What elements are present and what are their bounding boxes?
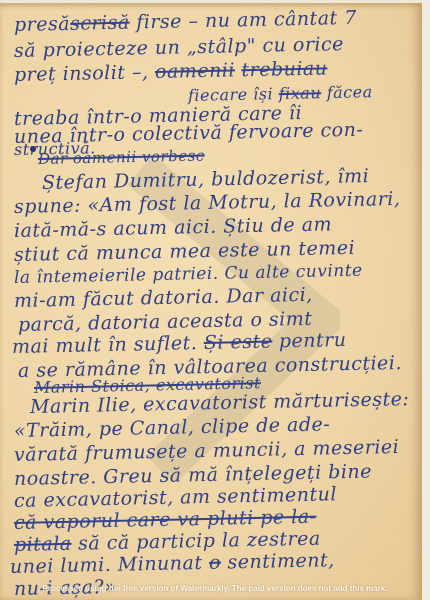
- struck-text: oamenii: [155, 59, 235, 83]
- line-text: presă: [14, 13, 71, 36]
- line-text: făcea: [321, 82, 373, 102]
- line-text: preț insolit –,: [14, 61, 156, 86]
- line-text: sentiment,: [221, 549, 335, 573]
- struck-text: fixau: [279, 83, 322, 103]
- line-text: unei lumi. Minunat: [10, 552, 209, 578]
- struck-text: Și este: [204, 331, 273, 354]
- struck-text: trebuiau: [241, 57, 327, 81]
- background-margin: [422, 0, 430, 600]
- watermark-notice: Processed using the free version of Wate…: [0, 584, 430, 593]
- struck-text: scrisă: [70, 12, 130, 35]
- struck-text: o: [209, 552, 221, 574]
- struck-text: Dar oamenii vorbesc: [38, 147, 205, 168]
- line-text: mai mult în suflet.: [12, 332, 204, 358]
- struck-text: pitala: [14, 533, 72, 556]
- text-line-8: Dar oamenii vorbesc: [38, 147, 205, 168]
- line-text: pentru: [272, 329, 347, 353]
